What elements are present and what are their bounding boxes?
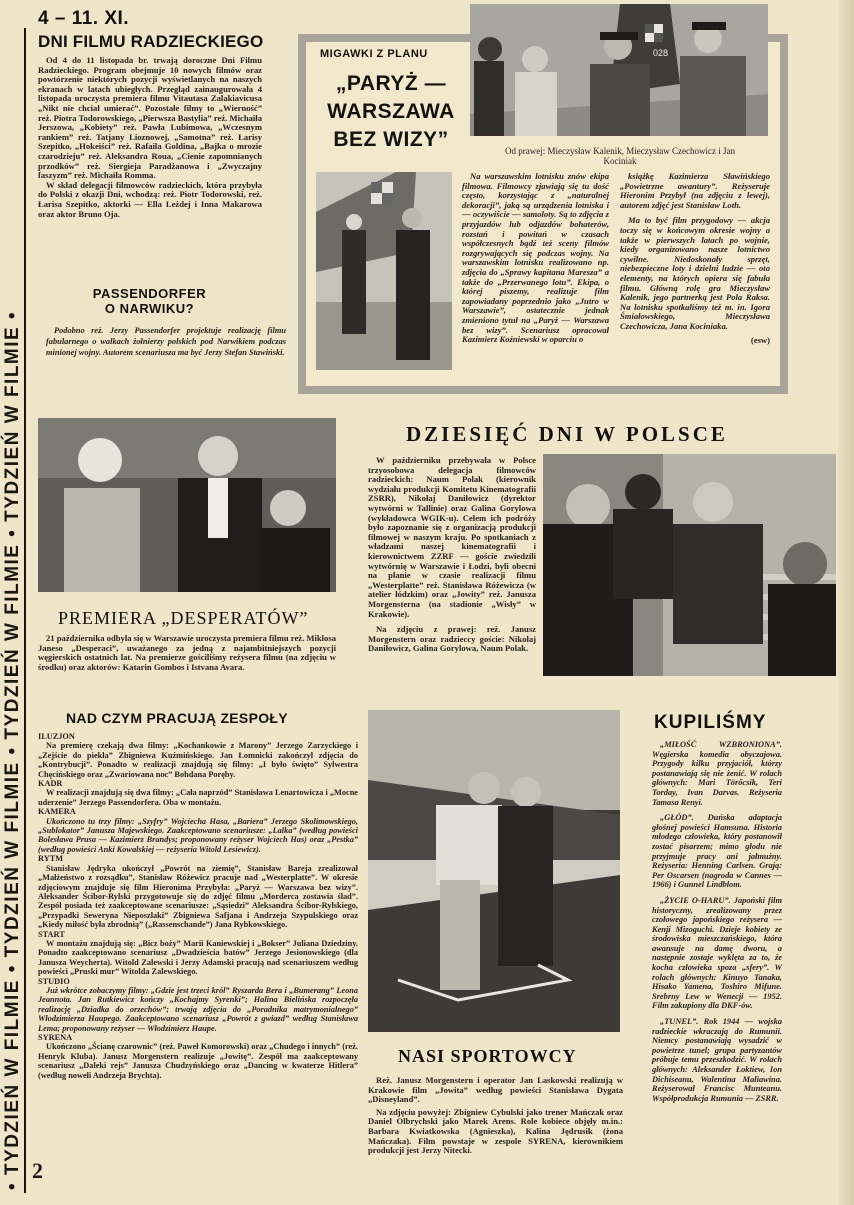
bought-article: „MIŁOŚĆ WZBRONIONA”. Węgierska komedia o… (652, 740, 782, 1103)
team-name: KADR (38, 779, 358, 788)
article-paragraph: W skład delegacji filmowców radzieckich,… (38, 181, 262, 219)
team-text: W realizacji znajdują się dwa filmy: „Ca… (38, 788, 358, 807)
team-text: Stanisław Jędryka ukończył „Powrót na zi… (38, 864, 358, 930)
photo-delegation-image (543, 454, 836, 676)
article-paragraph: Od 4 do 11 listopada br. trwają doroczne… (38, 56, 262, 181)
photo-walking-image (316, 172, 452, 370)
article-paragraph: 21 października odbyła się w Warszawie u… (38, 634, 336, 672)
film-entry: „TUNEL”. Rok 1944 — wojska radzieckie wk… (652, 1017, 782, 1103)
paryz-signature: (esw) (620, 336, 770, 346)
bought-title: KUPILIŚMY (654, 712, 766, 734)
film-entry: „GŁÓD”. Duńska adaptacja głośnej powieśc… (652, 813, 782, 890)
photo-stadium-image (368, 710, 620, 1032)
photo-soviet-delegation (543, 454, 836, 676)
photo-two-men-walking (316, 172, 452, 370)
team-text: Ukończono „Ścianę czarownic” (reż. Paweł… (38, 1042, 358, 1080)
ten-days-title: DZIESIĘĆ DNI W POLSCE (406, 422, 728, 447)
soviet-days-article: Od 4 do 11 listopada br. trwają doroczne… (38, 56, 262, 219)
photo-premiere-image (38, 418, 336, 592)
sportsmen-title: NASI SPORTOWCY (398, 1046, 577, 1067)
team-text: Już wkrótce zobaczymy filmy: „Gdzie jest… (38, 986, 358, 1033)
paryz-kicker: MIGAWKI Z PLANU (320, 48, 428, 60)
passendorfer-title-line: PASSENDORFER (92, 286, 207, 301)
team-name: START (38, 930, 358, 939)
article-paragraph: Na zdjęciu powyżej: Zbigniew Cybulski ja… (368, 1108, 623, 1156)
plane-number: 028 (653, 48, 668, 58)
desperaci-title: PREMIERA „DESPERATÓW” (58, 608, 309, 629)
photo-desperaci-premiere (38, 418, 336, 592)
sportsmen-article: Reż. Janusz Morgenstern i operator Jan L… (368, 1076, 623, 1156)
passendorfer-title: PASSENDORFER O NARWIKU? (92, 286, 207, 316)
photo-officers-image: 028 (470, 4, 768, 136)
passendorfer-title-line: O NARWIKU? (92, 301, 207, 316)
paryz-title-line: WARSZAWA (316, 98, 466, 126)
soviet-days-dates: 4 – 11. XI. (38, 8, 129, 30)
team-section: KADR W realizacji znajdują się dwa filmy… (38, 779, 358, 807)
team-section: START W montażu znajdują się: „Bicz boży… (38, 930, 358, 977)
team-section: STUDIO Już wkrótce zobaczymy filmy: „Gdz… (38, 977, 358, 1033)
paryz-title-line: „PARYŻ — (316, 70, 466, 98)
article-paragraph: Ma to być film przygodowy — akcja toczy … (620, 216, 770, 331)
team-section: SYRENA Ukończono „Ścianę czarownic” (reż… (38, 1033, 358, 1080)
photo-officers-at-plane: 028 (470, 4, 768, 136)
team-name: RYTM (38, 854, 358, 863)
team-text: Na premierę czekają dwa filmy: „Kochanko… (38, 741, 358, 779)
paryz-column-1: Na warszawskim lotnisku znów ekipa filmo… (462, 172, 609, 345)
paryz-title-line: BEZ WIZY” (316, 126, 466, 154)
film-entry: „ŻYCIE O-HARU”. Japoński film historyczn… (652, 896, 782, 1011)
team-name: KAMERA (38, 807, 358, 816)
paryz-photo-caption: Od prawej: Mieczysław Kalenik, Mieczysła… (500, 146, 740, 166)
teams-article: ILUZJON Na premierę czekają dwa filmy: „… (38, 732, 358, 1080)
team-section: ILUZJON Na premierę czekają dwa filmy: „… (38, 732, 358, 779)
photo-stadium-hurdles (368, 710, 620, 1032)
article-paragraph: Podobno reż. Jerzy Passendorfer projektu… (46, 325, 286, 358)
paryz-column-2: książkę Kazimierza Sławińskiego „Powietr… (620, 172, 770, 345)
page-number: 2 (32, 1158, 43, 1184)
ten-days-article: W październiku przebywała w Polsce trzyo… (368, 456, 536, 654)
article-paragraph: Reż. Janusz Morgenstern i operator Jan L… (368, 1076, 623, 1105)
article-paragraph: W październiku przebywała w Polsce trzyo… (368, 456, 536, 619)
team-name: SYRENA (38, 1033, 358, 1042)
team-section: RYTM Stanisław Jędryka ukończył „Powrót … (38, 854, 358, 929)
passendorfer-article: Podobno reż. Jerzy Passendorfer projektu… (46, 325, 286, 358)
paryz-title: „PARYŻ — WARSZAWA BEZ WIZY” (316, 70, 466, 154)
team-name: ILUZJON (38, 732, 358, 741)
team-name: STUDIO (38, 977, 358, 986)
desperaci-article: 21 października odbyła się w Warszawie u… (38, 634, 336, 672)
article-paragraph: książkę Kazimierza Sławińskiego „Powietr… (620, 172, 770, 210)
soviet-days-title: DNI FILMU RADZIECKIEGO (38, 32, 263, 52)
article-paragraph: Na zdjęciu z prawej: reż. Janusz Morgens… (368, 625, 536, 654)
team-text: W montażu znajdują się: „Bicz boży” Mari… (38, 939, 358, 977)
sidebar-banner-text: • TYDZIEŃ W FILMIE • TYDZIEŃ W FILMIE • … (2, 10, 24, 1190)
team-section: KAMERA Ukończono tu trzy filmy: „Szyfry”… (38, 807, 358, 854)
article-paragraph: Na warszawskim lotnisku znów ekipa filmo… (462, 172, 609, 345)
film-entry: „MIŁOŚĆ WZBRONIONA”. Węgierska komedia o… (652, 740, 782, 807)
sidebar-divider (24, 28, 26, 1193)
teams-title: NAD CZYM PRACUJĄ ZESPOŁY (66, 710, 288, 726)
sidebar-banner: • TYDZIEŃ W FILMIE • TYDZIEŃ W FILMIE • … (0, 0, 26, 1205)
page-edge (838, 0, 854, 1205)
team-text: Ukończono tu trzy filmy: „Szyfry” Wojcie… (38, 817, 358, 855)
